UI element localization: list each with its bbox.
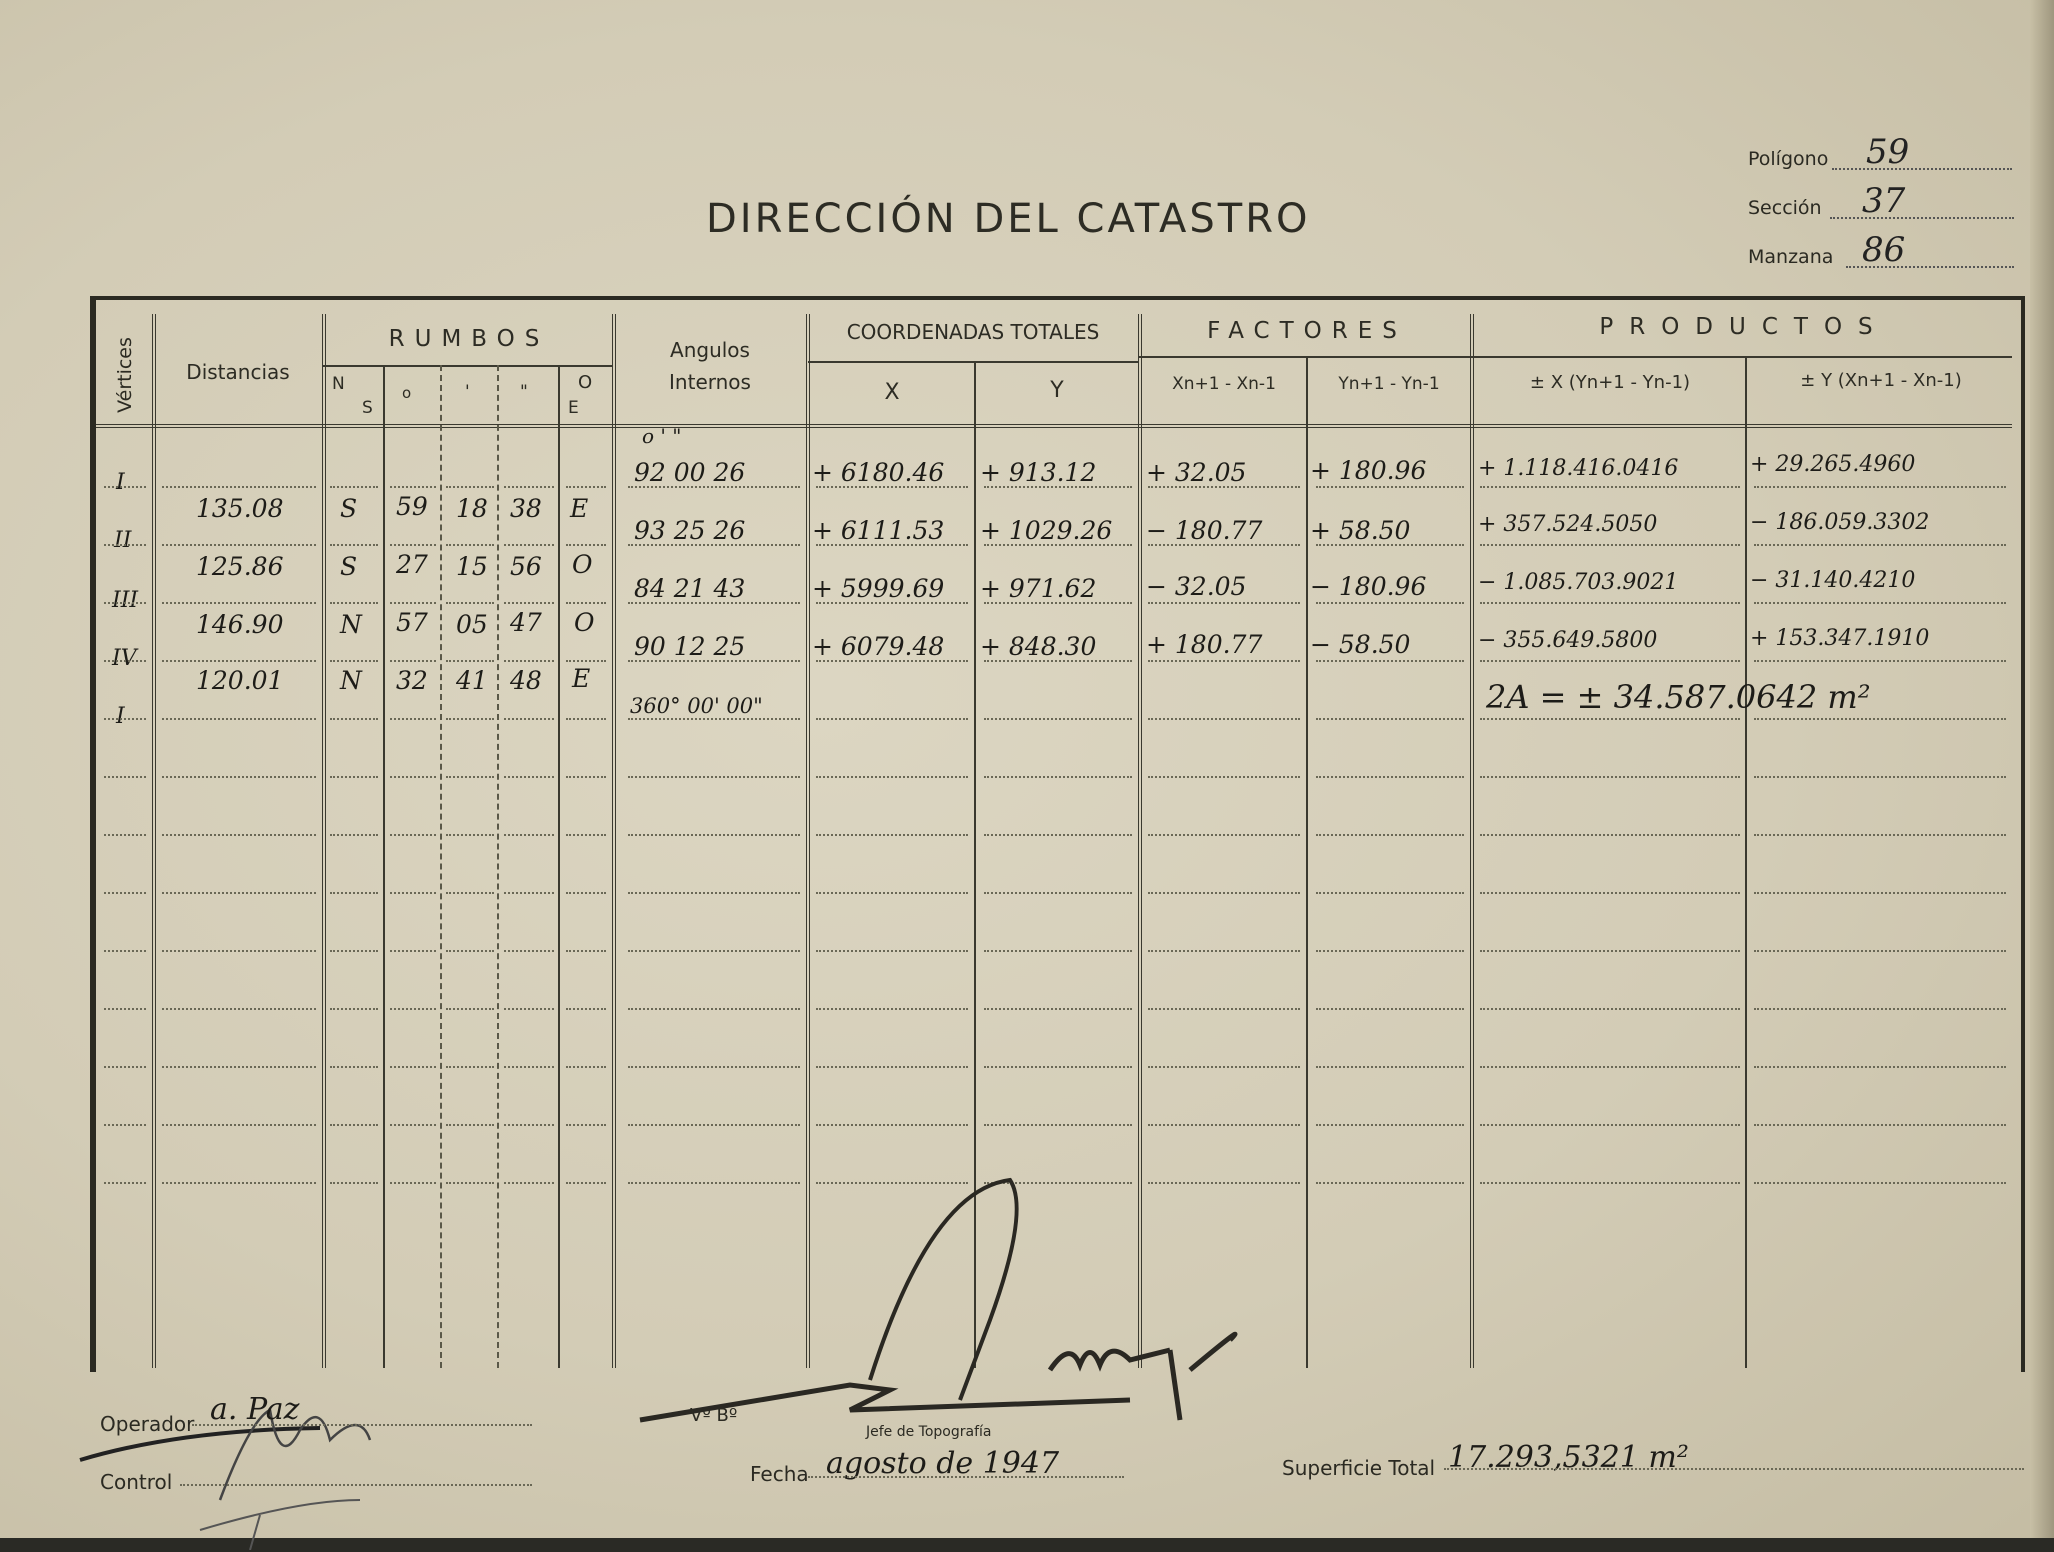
- dotted-rule: [1754, 776, 2006, 778]
- dotted-rule: [1480, 1008, 1740, 1010]
- dotted-rule: [1480, 544, 1740, 546]
- dotted-rule: [446, 602, 494, 604]
- dotted-rule: [816, 1008, 968, 1010]
- angulo-cell: 92 00 26: [634, 458, 745, 487]
- factor-x-cell: − 180.77: [1146, 516, 1262, 545]
- coord-y-cell: + 1029.26: [980, 516, 1112, 545]
- dotted-rule: [628, 892, 800, 894]
- factor-y-cell: − 180.96: [1310, 572, 1426, 601]
- dotted-rule: [390, 892, 436, 894]
- coord-x-cell: + 6079.48: [812, 632, 944, 661]
- dotted-rule: [446, 1182, 494, 1184]
- header-rumbos-sec: ": [520, 382, 528, 402]
- coord-y-cell: + 971.62: [980, 574, 1096, 603]
- dotted-rule: [984, 834, 1132, 836]
- dotted-rule: [504, 1066, 554, 1068]
- col-rule-dotted: [497, 365, 499, 1368]
- dotted-rule: [446, 892, 494, 894]
- dotted-rule: [628, 544, 800, 546]
- dotted-rule: [104, 1124, 146, 1126]
- dotted-rule: [504, 950, 554, 952]
- manzana-value: 86: [1862, 230, 1905, 270]
- dotted-rule: [104, 660, 146, 662]
- dotted-rule: [104, 1008, 146, 1010]
- dotted-rule: [566, 486, 606, 488]
- dotted-rule: [504, 1182, 554, 1184]
- manzana-label: Manzana: [1748, 246, 1833, 268]
- dotted-rule: [1148, 776, 1300, 778]
- dotted-rule: [1754, 660, 2006, 662]
- rumbo-min-cell: 41: [456, 666, 488, 695]
- dotted-rule: [104, 718, 146, 720]
- dotted-rule: [816, 602, 968, 604]
- header-fx: Xn+1 - Xn-1: [1142, 374, 1306, 394]
- dotted-rule: [504, 1008, 554, 1010]
- dotted-rule: [1148, 660, 1300, 662]
- dotted-rule: [162, 776, 316, 778]
- rumbos-sub-rule: [322, 365, 612, 367]
- rumbo-deg-cell: 27: [396, 550, 428, 579]
- dotted-rule: [628, 602, 800, 604]
- product-y-cell: + 29.265.4960: [1750, 452, 1915, 477]
- dotted-rule: [330, 544, 378, 546]
- vobo-label: Vº Bº: [690, 1405, 737, 1426]
- dotted-rule: [1754, 950, 2006, 952]
- dotted-rule: [628, 1124, 800, 1126]
- dotted-rule: [1754, 892, 2006, 894]
- col-rule: [383, 365, 385, 1368]
- dotted-rule: [1754, 1124, 2006, 1126]
- dotted-rule: [330, 486, 378, 488]
- dotted-rule: [446, 718, 494, 720]
- dotted-rule: [1754, 602, 2006, 604]
- dotted-rule: [1480, 776, 1740, 778]
- dotted-rule: [162, 718, 316, 720]
- header-coordenadas: COORDENADAS TOTALES: [810, 320, 1136, 344]
- dotted-rule: [330, 718, 378, 720]
- dotted-rule: [628, 1008, 800, 1010]
- dotted-rule: [162, 660, 316, 662]
- coord-x-cell: + 6180.46: [812, 458, 944, 487]
- poligono-label: Polígono: [1748, 148, 1828, 170]
- dotted-rule: [984, 1008, 1132, 1010]
- col-rule: [152, 314, 156, 1368]
- col-rule: [322, 314, 326, 1368]
- dotted-rule: [390, 776, 436, 778]
- dotted-rule: [628, 776, 800, 778]
- dotted-rule: [330, 892, 378, 894]
- dotted-rule: [330, 834, 378, 836]
- dotted-rule: [1754, 834, 2006, 836]
- page-title: DIRECCIÓN DEL CATASTRO: [706, 196, 1311, 242]
- dotted-rule: [504, 776, 554, 778]
- dotted-rule: [162, 1182, 316, 1184]
- dotted-rule: [1480, 660, 1740, 662]
- dotted-rule: [1148, 544, 1300, 546]
- rumbo-min-cell: 18: [456, 494, 488, 523]
- dotted-rule: [330, 1066, 378, 1068]
- dotted-rule: [984, 950, 1132, 952]
- dotted-rule: [162, 950, 316, 952]
- dotted-rule: [390, 718, 436, 720]
- rumbo-min-cell: 05: [456, 610, 488, 639]
- dotted-rule: [1316, 718, 1464, 720]
- header-angulos-1: Angulos: [616, 338, 804, 362]
- dotted-rule: [566, 1124, 606, 1126]
- rumbo-oe-cell: O: [572, 550, 593, 579]
- dotted-rule: [984, 486, 1132, 488]
- header-fy: Yn+1 - Yn-1: [1308, 374, 1470, 394]
- rumbo-sec-cell: 47: [510, 608, 542, 637]
- signature-jefe: [630, 1170, 1250, 1430]
- dotted-rule: [1480, 486, 1740, 488]
- dotted-rule: [446, 1008, 494, 1010]
- product-x-cell: + 1.118.416.0416: [1478, 456, 1678, 481]
- header-vertices: Vértices: [100, 330, 150, 420]
- rumbo-ns-cell: N: [340, 666, 362, 695]
- factor-y-cell: + 180.96: [1310, 456, 1426, 485]
- vertex-label: I: [116, 704, 125, 729]
- dotted-rule: [330, 660, 378, 662]
- double-area: 2A = ± 34.587.0642 m²: [1486, 678, 1871, 716]
- dotted-rule: [816, 892, 968, 894]
- dotted-line: [192, 1424, 532, 1426]
- dotted-rule: [566, 892, 606, 894]
- header-distancias: Distancias: [156, 360, 320, 384]
- dotted-rule: [104, 950, 146, 952]
- dotted-rule: [566, 950, 606, 952]
- dotted-rule: [566, 718, 606, 720]
- dotted-rule: [390, 1008, 436, 1010]
- dotted-rule: [162, 834, 316, 836]
- dotted-rule: [566, 660, 606, 662]
- dotted-rule: [162, 486, 316, 488]
- dotted-rule: [1316, 486, 1464, 488]
- dotted-rule: [1480, 718, 1740, 720]
- dotted-rule: [628, 834, 800, 836]
- dotted-rule: [816, 544, 968, 546]
- jefe-topografia-label: Jefe de Topografía: [866, 1424, 992, 1440]
- superficie-label: Superficie Total: [1282, 1456, 1435, 1480]
- dotted-rule: [1316, 544, 1464, 546]
- rumbo-deg-cell: 59: [396, 492, 428, 521]
- poligono-value: 59: [1866, 132, 1909, 172]
- rumbo-oe-cell: O: [574, 608, 595, 637]
- dotted-rule: [330, 602, 378, 604]
- header-rumbos-o: O: [578, 372, 592, 393]
- product-x-cell: − 355.649.5800: [1478, 628, 1657, 653]
- header-rumbos: RUMBOS: [326, 326, 612, 352]
- rumbo-deg-cell: 32: [396, 666, 428, 695]
- fp-sub-rule: [1138, 356, 2012, 358]
- paper-edge: [2030, 0, 2054, 1552]
- dotted-rule: [1316, 950, 1464, 952]
- dotted-rule: [390, 834, 436, 836]
- dotted-rule: [330, 1124, 378, 1126]
- dotted-rule: [330, 1008, 378, 1010]
- dotted-rule: [628, 718, 800, 720]
- dotted-rule: [330, 1182, 378, 1184]
- factor-x-cell: + 180.77: [1146, 630, 1262, 659]
- header-rumbos-deg: o: [402, 384, 411, 402]
- rumbo-ns-cell: N: [340, 610, 362, 639]
- dotted-rule: [504, 892, 554, 894]
- dotted-rule: [984, 892, 1132, 894]
- dotted-rule: [104, 776, 146, 778]
- col-rule: [558, 365, 560, 1368]
- dotted-rule: [330, 776, 378, 778]
- header-rumbos-s: S: [362, 398, 373, 418]
- dotted-rule: [390, 602, 436, 604]
- col-rule: [612, 314, 616, 1368]
- coord-sub-rule: [808, 361, 1138, 363]
- dotted-rule: [104, 544, 146, 546]
- dotted-line: [1444, 1468, 2024, 1470]
- dotted-rule: [104, 1182, 146, 1184]
- vertex-label: IV: [112, 646, 137, 671]
- header-x: X: [810, 380, 974, 405]
- dotted-rule: [566, 834, 606, 836]
- seccion-value: 37: [1862, 181, 1905, 221]
- dotted-rule: [1754, 544, 2006, 546]
- rumbo-oe-cell: E: [572, 664, 590, 693]
- dotted-rule: [162, 1066, 316, 1068]
- dotted-rule: [1754, 1008, 2006, 1010]
- dotted-rule: [816, 776, 968, 778]
- dotted-rule: [1148, 602, 1300, 604]
- dotted-rule: [162, 544, 316, 546]
- distancia-cell: 120.01: [196, 666, 283, 695]
- dotted-rule: [104, 602, 146, 604]
- dotted-rule: [816, 718, 968, 720]
- dotted-rule: [1316, 834, 1464, 836]
- dotted-rule: [162, 892, 316, 894]
- dotted-rule: [1754, 718, 2006, 720]
- angulo-total: 360° 00' 00": [630, 694, 763, 718]
- dotted-line: [808, 1476, 1124, 1478]
- rumbo-deg-cell: 57: [396, 608, 428, 637]
- dotted-rule: [1148, 1124, 1300, 1126]
- vertex-label: III: [112, 588, 138, 613]
- vertex-label: II: [114, 528, 131, 553]
- dotted-rule: [1754, 486, 2006, 488]
- rumbo-sec-cell: 38: [510, 494, 542, 523]
- dotted-rule: [1316, 660, 1464, 662]
- header-rumbos-n: N: [332, 374, 345, 394]
- dotted-rule: [390, 544, 436, 546]
- dotted-rule: [390, 1124, 436, 1126]
- manzana-field: Manzana 86: [1748, 246, 1833, 268]
- product-x-cell: + 357.524.5050: [1478, 512, 1657, 537]
- dotted-rule: [566, 1182, 606, 1184]
- dotted-rule: [1480, 950, 1740, 952]
- dotted-line: [180, 1484, 532, 1486]
- dotted-rule: [628, 1066, 800, 1068]
- rumbo-sec-cell: 56: [510, 552, 542, 581]
- angulo-cell: 84 21 43: [634, 574, 745, 603]
- rumbo-oe-cell: E: [570, 494, 588, 523]
- dotted-rule: [504, 834, 554, 836]
- dotted-rule: [390, 1066, 436, 1068]
- control-label: Control: [100, 1470, 172, 1494]
- seccion-label: Sección: [1748, 197, 1822, 219]
- operador-value: a. Paz: [210, 1392, 300, 1427]
- col-rule: [1306, 356, 1308, 1368]
- dotted-rule: [446, 834, 494, 836]
- dotted-rule: [104, 834, 146, 836]
- poligono-field: Polígono 59: [1748, 148, 1828, 170]
- dotted-rule: [1148, 892, 1300, 894]
- dotted-rule: [1148, 834, 1300, 836]
- dotted-rule: [566, 1066, 606, 1068]
- dotted-rule: [1316, 1066, 1464, 1068]
- factor-x-cell: − 32.05: [1146, 572, 1246, 601]
- dotted-rule: [984, 1066, 1132, 1068]
- dotted-rule: [1316, 1124, 1464, 1126]
- dotted-rule: [1480, 834, 1740, 836]
- distancia-cell: 135.08: [196, 494, 283, 523]
- dotted-rule: [984, 718, 1132, 720]
- dotted-rule: [816, 834, 968, 836]
- dotted-rule: [1754, 1066, 2006, 1068]
- dotted-rule: [1316, 892, 1464, 894]
- dotted-rule: [446, 544, 494, 546]
- dotted-rule: [446, 776, 494, 778]
- dotted-rule: [816, 486, 968, 488]
- header-rumbos-e: E: [568, 398, 579, 418]
- distancia-cell: 146.90: [196, 610, 283, 639]
- rumbo-ns-cell: S: [340, 494, 357, 523]
- dotted-rule: [1480, 1066, 1740, 1068]
- dotted-rule: [566, 544, 606, 546]
- dotted-rule: [390, 1182, 436, 1184]
- dotted-rule: [504, 602, 554, 604]
- seccion-field: Sección 37: [1748, 197, 1822, 219]
- distancia-cell: 125.86: [196, 552, 283, 581]
- dotted-rule: [816, 660, 968, 662]
- dotted-rule: [1148, 1066, 1300, 1068]
- dotted-line: [1830, 217, 2014, 219]
- dotted-rule: [504, 1124, 554, 1126]
- rumbo-sec-cell: 48: [510, 666, 542, 695]
- header-rumbos-min: ': [465, 382, 470, 402]
- dotted-rule: [104, 1066, 146, 1068]
- dotted-rule: [566, 602, 606, 604]
- dotted-rule: [446, 1066, 494, 1068]
- angulo-cell: 93 25 26: [634, 516, 745, 545]
- dotted-rule: [1148, 718, 1300, 720]
- dotted-rule: [1316, 1008, 1464, 1010]
- dotted-rule: [816, 1066, 968, 1068]
- header-angulos-2: Internos: [616, 370, 804, 394]
- dotted-rule: [162, 602, 316, 604]
- coord-y-cell: + 913.12: [980, 458, 1096, 487]
- dotted-rule: [1148, 486, 1300, 488]
- dotted-rule: [1480, 602, 1740, 604]
- product-y-cell: − 31.140.4210: [1750, 568, 1915, 593]
- dotted-rule: [390, 950, 436, 952]
- fecha-label: Fecha: [750, 1462, 809, 1486]
- header-px: ± X (Yn+1 - Yn-1): [1474, 372, 1746, 393]
- product-x-cell: − 1.085.703.9021: [1478, 570, 1678, 595]
- dotted-rule: [446, 950, 494, 952]
- dotted-rule: [566, 776, 606, 778]
- dotted-rule: [1480, 1182, 1740, 1184]
- dotted-rule: [390, 486, 436, 488]
- coord-x-cell: + 5999.69: [812, 574, 944, 603]
- dotted-rule: [984, 660, 1132, 662]
- dotted-rule: [566, 1008, 606, 1010]
- header-y: Y: [976, 378, 1138, 403]
- dotted-rule: [504, 718, 554, 720]
- dotted-rule: [104, 486, 146, 488]
- product-y-cell: + 153.347.1910: [1750, 626, 1929, 651]
- dotted-rule: [628, 486, 800, 488]
- dotted-rule: [1754, 1182, 2006, 1184]
- dotted-rule: [816, 1124, 968, 1126]
- dotted-rule: [984, 544, 1132, 546]
- dotted-line: [1832, 168, 2012, 170]
- dotted-rule: [162, 1008, 316, 1010]
- dotted-rule: [446, 1124, 494, 1126]
- angulo-cell: 90 12 25: [634, 632, 745, 661]
- dotted-rule: [628, 660, 800, 662]
- dotted-rule: [1148, 1008, 1300, 1010]
- factor-y-cell: + 58.50: [1310, 516, 1410, 545]
- coord-x-cell: + 6111.53: [812, 516, 944, 545]
- dotted-rule: [446, 486, 494, 488]
- rumbo-ns-cell: S: [340, 552, 357, 581]
- product-y-cell: − 186.059.3302: [1750, 510, 1929, 535]
- factor-y-cell: − 58.50: [1310, 630, 1410, 659]
- col-rule-dotted: [440, 365, 442, 1368]
- dotted-rule: [984, 776, 1132, 778]
- dotted-rule: [984, 602, 1132, 604]
- col-rule: [1745, 356, 1747, 1368]
- angulos-units: o ' ": [642, 424, 681, 448]
- dotted-rule: [1316, 602, 1464, 604]
- coord-y-cell: + 848.30: [980, 632, 1096, 661]
- factor-x-cell: + 32.05: [1146, 458, 1246, 487]
- rumbo-min-cell: 15: [456, 552, 488, 581]
- dotted-rule: [1316, 1182, 1464, 1184]
- dotted-rule: [984, 1124, 1132, 1126]
- dotted-rule: [504, 660, 554, 662]
- header-py: ± Y (Xn+1 - Xn-1): [1748, 370, 2014, 391]
- dotted-rule: [816, 950, 968, 952]
- operador-label: Operador: [100, 1412, 194, 1436]
- dotted-rule: [1148, 950, 1300, 952]
- vertex-label: I: [116, 470, 125, 495]
- dotted-rule: [504, 486, 554, 488]
- dotted-rule: [446, 660, 494, 662]
- dotted-rule: [1480, 1124, 1740, 1126]
- header-productos: PRODUCTOS: [1474, 314, 2014, 340]
- dotted-rule: [628, 950, 800, 952]
- header-factores: FACTORES: [1142, 318, 1472, 344]
- dotted-rule: [390, 660, 436, 662]
- dotted-rule: [162, 1124, 316, 1126]
- dotted-rule: [330, 950, 378, 952]
- dotted-rule: [504, 544, 554, 546]
- dotted-rule: [1480, 892, 1740, 894]
- dotted-rule: [1316, 776, 1464, 778]
- col-rule: [1470, 314, 1474, 1368]
- dotted-rule: [104, 892, 146, 894]
